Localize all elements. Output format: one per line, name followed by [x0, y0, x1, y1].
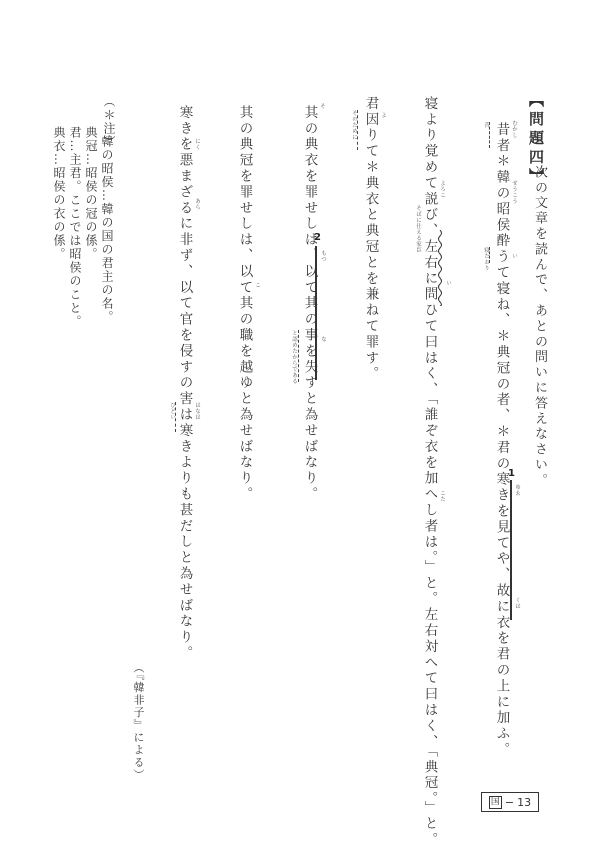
wavy-underline	[437, 230, 443, 306]
ruby-kotae: こた	[438, 490, 446, 502]
source-citation: （『韓非子』による）	[133, 662, 144, 782]
note-item-2: 典冠…昭侯の冠の係。	[85, 126, 97, 261]
passage-column-1: 昔者＊韓の昭侯酔うて寝ね、＊典冠の者、＊君の寒きを見てや、故に衣を君の上に加ふ。	[494, 122, 508, 758]
ruby-koyu: こ	[253, 282, 261, 288]
passage-column-2: 寝より覚めて説び、左右に問ひて曰はく、「誰ぞ衣を加へし者は。」と。左右対へて曰は…	[422, 96, 436, 848]
subject-label: 国	[489, 796, 502, 809]
ruby-shoukou: せうこう	[510, 180, 518, 204]
passage-column-6: 寒きを悪まざるに非ず、以て官を侵すの害は寒きよりも甚だしと為せばなり。	[177, 105, 191, 662]
dotted-underline-motte	[298, 330, 299, 382]
ruby-iwaku: い	[444, 280, 452, 286]
page-dash: −	[505, 796, 514, 809]
underline-number-2: 2	[314, 232, 321, 243]
ruby-motte-gloss: と認めたからである	[290, 330, 298, 384]
ruby-motte: もつ	[319, 250, 327, 262]
note-item-3: 君…主君。ここでは昭侯のこと。	[69, 126, 81, 329]
dotted-underline-hanahada	[175, 402, 176, 432]
underline-1	[510, 480, 512, 620]
ruby-hanahada: はなは	[193, 402, 201, 420]
underline-number-1: 1	[508, 468, 515, 479]
ruby-ine: い	[510, 253, 518, 259]
ruby-yue: ゆゑ	[513, 484, 521, 496]
ruby-sayuu-gloss: そばに仕える家臣	[414, 205, 422, 253]
dotted-underline-ine	[489, 247, 490, 263]
ruby-nikumu: にく	[193, 138, 201, 150]
ruby-mukashi: むかし	[510, 120, 518, 138]
underline-2	[315, 246, 317, 380]
page-number-box: 国 − 13	[481, 792, 539, 812]
dotted-underline-mukashi	[489, 122, 490, 148]
passage-column-3: 君因りて＊典衣と典冠とを兼ねて罪す。	[363, 96, 377, 382]
passage-column-5: 其の典冠を罪せしは、以て其の職を越ゆと為せばなり。	[237, 105, 251, 503]
ruby-yori: よ	[379, 112, 387, 118]
dotted-underline-yori	[357, 110, 358, 150]
note-item-4: 典衣…昭侯の衣の係。	[53, 126, 65, 261]
page-number: 13	[517, 796, 531, 809]
instruction-text: 次の文章を読んで、あとの問いに答えなさい。	[533, 165, 546, 488]
note-item-1: 韓の昭侯…韓の国の君主の名。	[101, 135, 113, 324]
ruby-arazu: あら	[193, 198, 201, 210]
ruby-nasu: な	[319, 336, 327, 342]
ruby-kuhau: くは	[513, 597, 521, 609]
ruby-sono: そ	[318, 103, 326, 109]
ruby-yorokobi: よろこ	[438, 180, 446, 198]
passage-column-4: 其の典衣を罪せしは、以て其の事を失すと為せばなり。	[302, 105, 316, 503]
